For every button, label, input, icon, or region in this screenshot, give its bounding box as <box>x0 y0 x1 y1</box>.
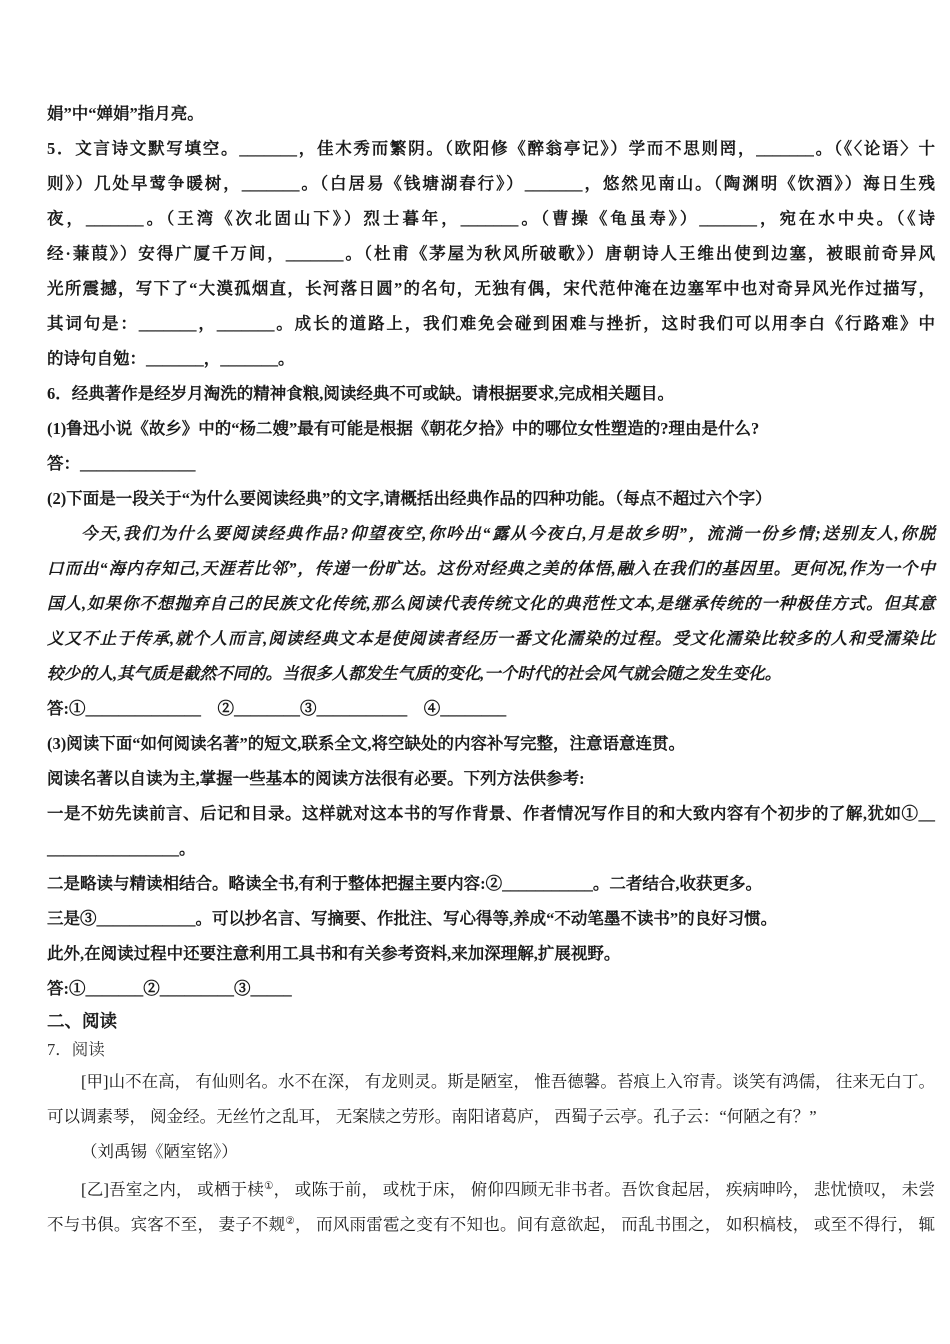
q6-part3-answer-line: 答:①_______②_________③_____ <box>47 971 935 1006</box>
q6-part2-passage-line-1: 今天,我们为什么要阅读经典作品?仰望夜空,你吟出“露从今夜白,月是故乡明”，流淌… <box>47 516 935 551</box>
q4-continuation-line: 娟”中“婵娟”指月亮。 <box>47 96 935 131</box>
q6-part3-text-line-5: 三是③____________。可以抄名言、写摘要、作批注、写心得等,养成“不动… <box>47 901 935 936</box>
q7-passage-jia-source-line: （刘禹锡《陋室铭》） <box>47 1134 935 1169</box>
q7-heading-line: 7．阅读 <box>47 1036 935 1064</box>
footnote-marker-2: ② <box>285 1216 295 1227</box>
q5-line-7: 的诗句自勉：_______，_______。 <box>47 341 935 376</box>
q5-line-6: 其词句是：_______，_______。成长的道路上，我们难免会碰到困难与挫折… <box>47 306 935 341</box>
q5-line-1: 5．文言诗文默写填空。_______，佳木秀而繁阴。（欧阳修《醉翁亭记》）学而不… <box>47 131 935 166</box>
q6-part3-text-line-1: 阅读名著以自读为主,掌握一些基本的阅读方法很有必要。下列方法供参考: <box>47 761 935 796</box>
q6-part2-intro-line: (2)下面是一段关于“为什么要阅读经典”的文字,请概括出经典作品的四种功能。（每… <box>47 481 935 516</box>
q5-line-5: 光所震撼，写下了“大漠孤烟直，长河落日圆”的名句，无独有偶，宋代范仲淹在边塞军中… <box>47 271 935 306</box>
q6-part3-text-line-4: 二是略读与精读相结合。略读全书,有利于整体把握主要内容:②___________… <box>47 866 935 901</box>
q6-part1-question-line: (1)鲁迅小说《故乡》中的“杨二嫂”最有可能是根据《朝花夕拾》中的哪位女性塑造的… <box>47 411 935 446</box>
q6-part2-passage-line-4: 义又不止于传承,就个人而言,阅读经典文本是使阅读者经历一番文化濡染的过程。受文化… <box>47 621 935 656</box>
q6-part2-answer-line: 答:①______________ ②________③___________ … <box>47 691 935 726</box>
q6-part3-text-line-3: ________________。 <box>47 831 935 866</box>
yi-line-2-text-b: ， 而风雨雷雹之变有不知也。间有意欲起， 而乱书围之， 如积槁枝， 或至不得行，… <box>295 1215 935 1234</box>
q5-line-2: 则》）几处早莺争暖树，_______。（白居易《钱塘湖春行》）_______，悠… <box>47 166 935 201</box>
q6-part2-passage-line-5: 较少的人,其气质是截然不同的。当很多人都发生气质的变化,一个时代的社会风气就会随… <box>47 656 935 691</box>
q7-passage-jia-line-1: [甲]山不在高， 有仙则名。水不在深， 有龙则灵。斯是陋室， 惟吾德馨。苔痕上入… <box>47 1064 935 1099</box>
q6-part1-answer-line: 答：______________ <box>47 446 935 481</box>
q7-passage-yi-line-2: 不与书俱。宾客不至， 妻子不觌②， 而风雨雷雹之变有不知也。间有意欲起， 而乱书… <box>47 1204 935 1239</box>
q7-passage-yi-line-1: [乙]吾室之内， 或栖于椟①， 或陈于前， 或枕于床， 俯仰四顾无非书者。吾饮食… <box>47 1169 935 1204</box>
footnote-marker-1: ① <box>264 1181 274 1192</box>
q6-part2-passage-line-3: 国人,如果你不想抛弃自己的民族文化传统,那么阅读代表传统文化的典范性文本,是继承… <box>47 586 935 621</box>
q7-passage-jia-line-2: 可以调素琴， 阅金经。无丝竹之乱耳， 无案牍之劳形。南阳诸葛庐， 西蜀子云亭。孔… <box>47 1099 935 1134</box>
q5-line-4: 经·蒹葭》）安得广厦千万间，_______。（杜甫《茅屋为秋风所破歌》）唐朝诗人… <box>47 236 935 271</box>
yi-line-1-text-b: ， 或陈于前， 或枕于床， 俯仰四顾无非书者。吾饮食起居， 疾病呻吟， 悲忧愤叹… <box>274 1180 935 1199</box>
yi-line-2-text-a: 不与书俱。宾客不至， 妻子不觌 <box>47 1215 285 1234</box>
section-2-heading: 二、阅读 <box>47 1006 935 1036</box>
q6-part3-text-line-6: 此外,在阅读过程中还要注意利用工具书和有关参考资料,来加深理解,扩展视野。 <box>47 936 935 971</box>
yi-line-1-text-a: [乙]吾室之内， 或栖于椟 <box>81 1180 264 1199</box>
q6-part3-intro-line: (3)阅读下面“如何阅读名著”的短文,联系全文,将空缺处的内容补写完整，注意语意… <box>47 726 935 761</box>
q6-part3-text-line-2: 一是不妨先读前言、后记和目录。这样就对这本书的写作背景、作者情况写作目的和大致内… <box>47 796 935 831</box>
exam-document-page: 娟”中“婵娟”指月亮。 5．文言诗文默写填空。_______，佳木秀而繁阴。（欧… <box>0 0 950 1344</box>
q5-line-3: 夜，_______。（王湾《次北固山下》）烈士暮年，_______。（曹操《龟虽… <box>47 201 935 236</box>
q6-part2-passage-line-2: 口而出“海内存知己,天涯若比邻”，传递一份旷达。这份对经典之美的体悟,融入在我们… <box>47 551 935 586</box>
q6-intro-line: 6．经典著作是经岁月淘洗的精神食粮,阅读经典不可或缺。请根据要求,完成相关题目。 <box>47 376 935 411</box>
